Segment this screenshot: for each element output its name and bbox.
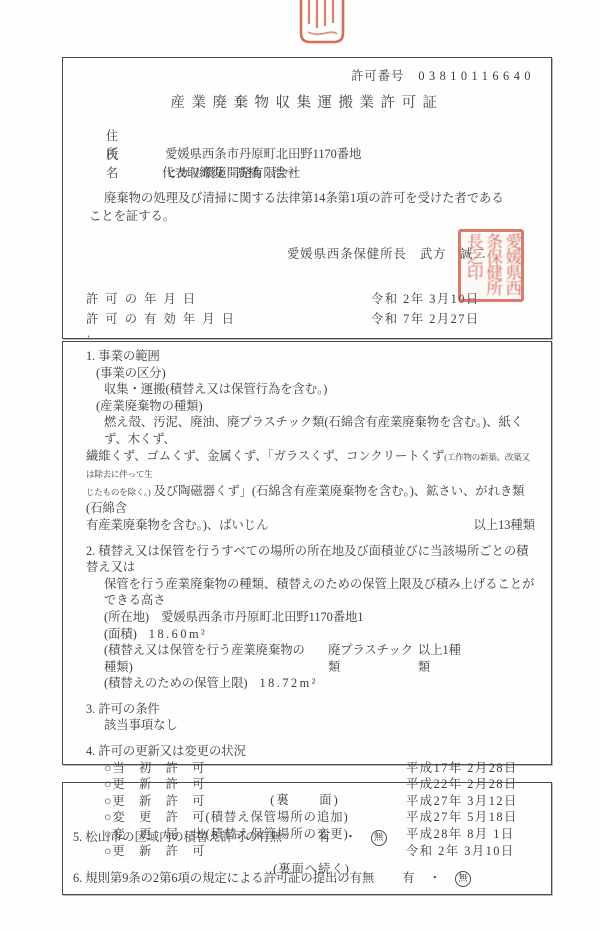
- history-label: ○当 初 許 可: [104, 760, 406, 777]
- back-side-heading: (裏 面): [73, 790, 537, 808]
- matsuyama-transfer-row: 5. 松山市の区域内の積替え許可の有無 有 ・ 無: [73, 829, 537, 846]
- matsuyama-transfer-answer: 有 ・ 無: [318, 829, 387, 846]
- back-side-box: (裏 面) 5. 松山市の区域内の積替え許可の有無 有 ・ 無 6. 規則第9条…: [62, 782, 552, 895]
- waste-types-line3: じたものを除く。) 及び陶磁器くず」(石綿含有産業廃棄物を含む。)、鉱さい、がれ…: [86, 483, 537, 517]
- certification-statement-line1: 廃棄物の処理及び清掃に関する法律第14条第1項の許可を受けた者である: [104, 188, 544, 206]
- rule9-submission-answer: 有 ・ 無: [402, 870, 471, 887]
- section2-heading-line2: 保管を行う産業廃棄物の種類、積替えのための保管上限及び積み上げることができる高さ: [86, 576, 537, 609]
- business-division-value: 収集・運搬(積替え又は保管行為を含む。): [86, 381, 537, 398]
- expiry-date-value: 令和 7年 2月27日: [371, 309, 480, 327]
- waste-types-line1: 燃え殻、汚泥、廃油、廃プラスチック類(石綿含有産業廃棄物を含む。)、紙くず、木く…: [86, 414, 537, 447]
- waste-types-line4-main: 有産業廃棄物を含む。)、ばいじん: [86, 517, 268, 534]
- permit-details-box: 1. 事業の範囲 (事業の区分) 収集・運搬(積替え又は保管行為を含む。) (産…: [62, 341, 552, 765]
- storage-area-value: 18.60m²: [149, 627, 207, 641]
- representative-row: 代表取締役 髙橋 浩一: [63, 163, 551, 181]
- no-circled: 無: [371, 830, 387, 846]
- storage-limit-value: 18.72m²: [259, 676, 317, 690]
- official-square-seal: 愛媛県西条保健所長之印: [458, 229, 524, 302]
- storage-waste-types-total: 以上1種類: [418, 642, 469, 675]
- history-row-initial: ○当 初 許 可 平成17年 2月28日: [86, 760, 537, 777]
- storage-limit-label: (積替えのための保管上限): [104, 676, 247, 690]
- storage-area-row: (面積)18.60m²: [86, 626, 537, 643]
- storage-waste-types-label: (積替え又は保管を行う産業廃棄物の種類): [104, 642, 316, 675]
- waste-types-line3-main: 及び陶磁器くず」(石綿含有産業廃棄物を含む。)、鉱さい、がれき類(石綿含: [86, 484, 524, 516]
- permit-number-value: 03810116640: [418, 69, 535, 83]
- seal-text: 愛媛県西条保健所長之印: [464, 233, 522, 299]
- document-title: 産業廃棄物収集運搬業許可証: [63, 91, 551, 112]
- yes-option: 有: [318, 829, 330, 846]
- section2-heading-line1: 2. 積替え又は保管を行うすべての場所の所在地及び面積並びに当該場所ごとの積替え…: [86, 543, 537, 576]
- yes-option: 有: [402, 870, 414, 887]
- storage-waste-types-row: (積替え又は保管を行う産業廃棄物の種類) 廃プラスチック類 以上1種類: [86, 642, 537, 675]
- issuer-name: 愛媛県西条保健所長 武方 誠二: [287, 244, 600, 262]
- waste-types-line3-smallprint: じたものを除く。): [86, 487, 150, 497]
- waste-types-line2: 繊維くず、ゴムくず、金属くず、「ガラスくず、コンクリートくず(工作物の新築、改築…: [86, 448, 537, 483]
- top-partial-seal-icon: [296, 0, 348, 47]
- rule9-submission-row: 6. 規則第9条の2第6項の規定による許可証の提出の有無 有 ・ 無: [73, 870, 537, 887]
- expiry-date-label: 許 可 の 有 効 年 月 日: [86, 309, 371, 327]
- permit-date-label: 許 可 の 年 月 日: [86, 289, 371, 307]
- history-date: 平成17年 2月28日: [406, 760, 518, 777]
- no-circled: 無: [455, 871, 471, 887]
- dot-separator: ・: [429, 870, 441, 887]
- storage-location-row: (所在地)愛媛県西条市丹原町北田野1170番地1: [86, 609, 537, 626]
- waste-types-line4: 有産業廃棄物を含む。)、ばいじん 以上13種類: [86, 517, 537, 534]
- waste-types-label: (産業廃棄物の種類): [86, 398, 537, 415]
- storage-limit-row: (積替えのための保管上限)18.72m²: [86, 675, 537, 692]
- waste-types-line2-main: 繊維くず、ゴムくず、金属くず、「ガラスくず、コンクリートくず: [86, 449, 444, 463]
- storage-location-value: 愛媛県西条市丹原町北田野1170番地1: [161, 610, 363, 624]
- expiry-date-row: 許 可 の 有 効 年 月 日 令和 7年 2月27日: [86, 309, 536, 327]
- permit-conditions-value: 該当事項なし: [86, 717, 537, 734]
- storage-waste-types-value: 廃プラスチック類: [328, 642, 418, 675]
- section1-heading: 1. 事業の範囲: [86, 348, 537, 365]
- dot-separator: ・: [344, 829, 356, 846]
- matsuyama-transfer-label: 5. 松山市の区域内の積替え許可の有無: [73, 829, 282, 846]
- business-division-label: (事業の区分): [86, 365, 537, 382]
- permit-document: 許可番号03810116640 産業廃棄物収集運搬業許可証 住 所 愛媛県西条市…: [0, 0, 600, 931]
- waste-types-total: 以上13種類: [474, 517, 538, 534]
- storage-area-label: (面積): [104, 627, 137, 641]
- storage-location-label: (所在地): [104, 610, 149, 624]
- certification-statement-line2: ことを証する。: [89, 206, 529, 224]
- scan-artifact-mark: ,: [87, 326, 575, 341]
- section4-heading: 4. 許可の更新又は変更の状況: [86, 743, 537, 760]
- section3-heading: 3. 許可の条件: [86, 701, 537, 718]
- permit-number-row: 許可番号03810116640: [351, 66, 535, 84]
- representative-name: 代表取締役 髙橋 浩一: [162, 163, 297, 181]
- rule9-submission-label: 6. 規則第9条の2第6項の規定による許可証の提出の有無: [73, 870, 374, 887]
- permit-number-label: 許可番号: [351, 69, 404, 83]
